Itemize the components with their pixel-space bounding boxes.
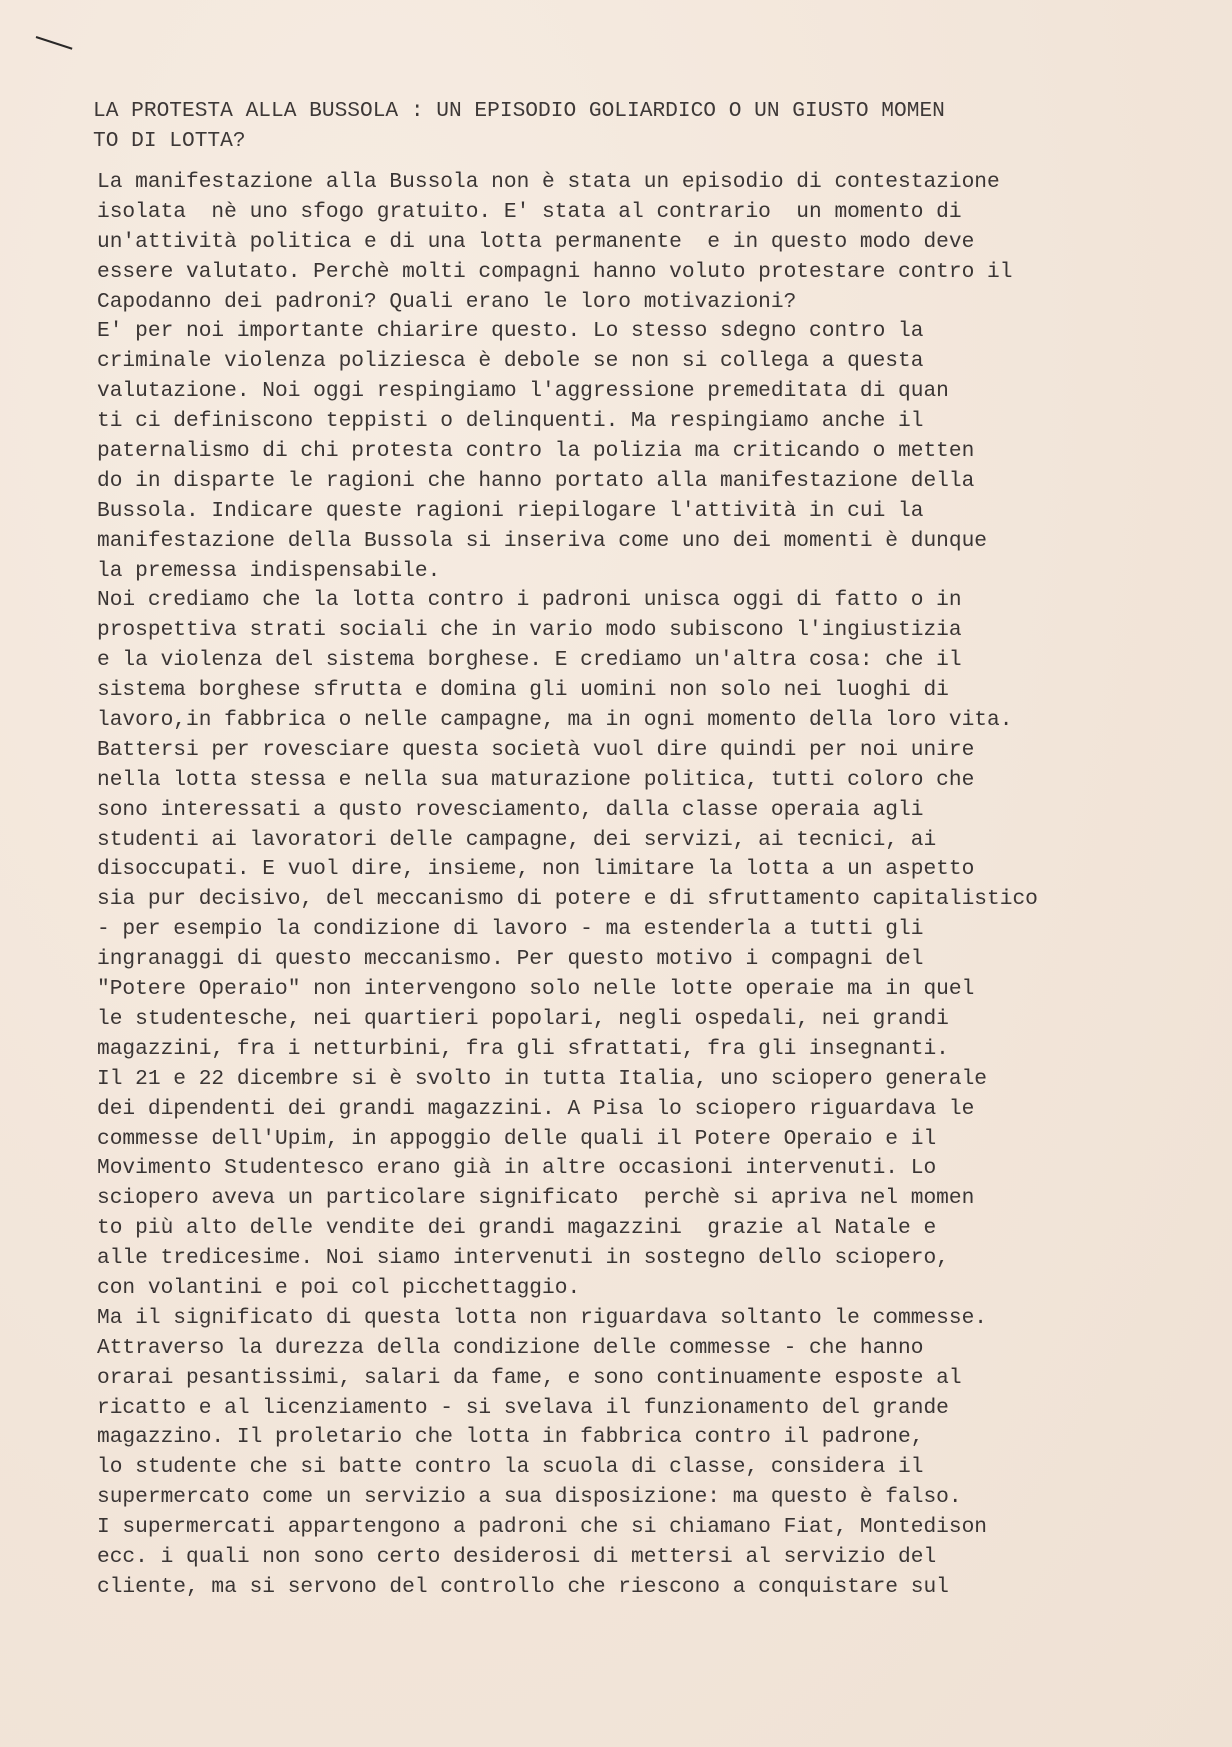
document-body: La manifestazione alla Bussola non è sta… (97, 168, 1217, 1603)
text-line: orarai pesantissimi, salari da fame, e s… (97, 1364, 1217, 1394)
text-line: Battersi per rovesciare questa società v… (97, 736, 1217, 766)
text-line: Bussola. Indicare queste ragioni riepilo… (97, 497, 1217, 527)
text-line: magazzino. Il proletario che lotta in fa… (97, 1423, 1217, 1453)
text-line: paternalismo di chi protesta contro la p… (97, 437, 1217, 467)
document-title: LA PROTESTA ALLA BUSSOLA : UN EPISODIO G… (93, 96, 1153, 156)
text-line: magazzini, fra i netturbini, fra gli sfr… (97, 1035, 1217, 1065)
text-line: criminale violenza poliziesca è debole s… (97, 347, 1217, 377)
title-line: LA PROTESTA ALLA BUSSOLA : UN EPISODIO G… (93, 96, 1153, 126)
text-line: commesse dell'Upim, in appoggio delle qu… (97, 1125, 1217, 1155)
text-line: sia pur decisivo, del meccanismo di pote… (97, 885, 1217, 915)
text-line: sciopero aveva un particolare significat… (97, 1184, 1217, 1214)
text-line: valutazione. Noi oggi respingiamo l'aggr… (97, 377, 1217, 407)
text-line: con volantini e poi col picchettaggio. (97, 1274, 1217, 1304)
text-line: isolata nè uno sfogo gratuito. E' stata … (97, 198, 1217, 228)
text-line: La manifestazione alla Bussola non è sta… (97, 168, 1217, 198)
text-line: prospettiva strati sociali che in vario … (97, 616, 1217, 646)
text-line: nella lotta stessa e nella sua maturazio… (97, 766, 1217, 796)
text-line: lo studente che si batte contro la scuol… (97, 1453, 1217, 1483)
text-line: ti ci definiscono teppisti o delinquenti… (97, 407, 1217, 437)
text-line: sono interessati a qusto rovesciamento, … (97, 796, 1217, 826)
text-line: ecc. i quali non sono certo desiderosi d… (97, 1543, 1217, 1573)
text-line: Ma il significato di questa lotta non ri… (97, 1304, 1217, 1334)
text-line: Capodanno dei padroni? Quali erano le lo… (97, 288, 1217, 318)
text-line: disoccupati. E vuol dire, insieme, non l… (97, 855, 1217, 885)
text-line: manifestazione della Bussola si inseriva… (97, 527, 1217, 557)
text-line: "Potere Operaio" non intervengono solo n… (97, 975, 1217, 1005)
text-line: studenti ai lavoratori delle campagne, d… (97, 826, 1217, 856)
text-line: Il 21 e 22 dicembre si è svolto in tutta… (97, 1065, 1217, 1095)
title-line: TO DI LOTTA? (93, 126, 1153, 156)
text-line: un'attività politica e di una lotta perm… (97, 228, 1217, 258)
text-line: I supermercati appartengono a padroni ch… (97, 1513, 1217, 1543)
pen-mark (36, 36, 73, 50)
text-line: la premessa indispensabile. (97, 557, 1217, 587)
text-line: sistema borghese sfrutta e domina gli uo… (97, 676, 1217, 706)
text-line: lavoro,in fabbrica o nelle campagne, ma … (97, 706, 1217, 736)
text-line: Noi crediamo che la lotta contro i padro… (97, 586, 1217, 616)
text-line: le studentesche, nei quartieri popolari,… (97, 1005, 1217, 1035)
text-line: Movimento Studentesco erano già in altre… (97, 1154, 1217, 1184)
text-line: supermercato come un servizio a sua disp… (97, 1483, 1217, 1513)
text-line: to più alto delle vendite dei grandi mag… (97, 1214, 1217, 1244)
text-line: - per esempio la condizione di lavoro - … (97, 915, 1217, 945)
text-line: essere valutato. Perchè molti compagni h… (97, 258, 1217, 288)
text-line: dei dipendenti dei grandi magazzini. A P… (97, 1095, 1217, 1125)
text-line: do in disparte le ragioni che hanno port… (97, 467, 1217, 497)
text-line: cliente, ma si servono del controllo che… (97, 1573, 1217, 1603)
text-line: Attraverso la durezza della condizione d… (97, 1334, 1217, 1364)
text-line: alle tredicesime. Noi siamo intervenuti … (97, 1244, 1217, 1274)
text-line: ingranaggi di questo meccanismo. Per que… (97, 945, 1217, 975)
text-line: E' per noi importante chiarire questo. L… (97, 317, 1217, 347)
text-line: e la violenza del sistema borghese. E cr… (97, 646, 1217, 676)
text-line: ricatto e al licenziamento - si svelava … (97, 1394, 1217, 1424)
